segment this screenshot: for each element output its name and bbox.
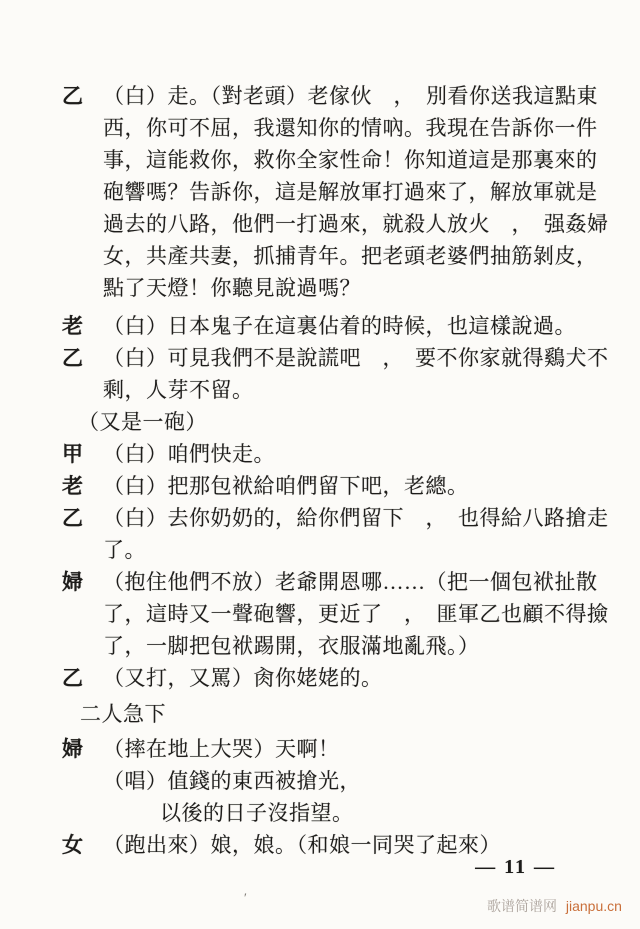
dialogue-text: 了，一脚把包袱踢開，衣服滿地亂飛。） (103, 634, 480, 658)
script-line: 乙 （白）可見我們不是說謊吧 ， 要不你家就得鷄犬不 (0, 342, 640, 374)
speaker-label: 女 (62, 829, 83, 861)
script-line: 乙 （白）走。（對老頭）老傢伙 ， 別看你送我這點東 (0, 80, 640, 112)
script-line: 乙 （又打，又罵）肏你姥姥的。 (0, 662, 640, 694)
dialogue-text: 事，這能救你，救你全家性命！你知道這是那裏來的 (103, 148, 598, 172)
script-line: 了，一脚把包袱踢開，衣服滿地亂飛。） (0, 630, 640, 662)
script-line: 以後的日子沒指望。 (0, 797, 640, 829)
script-line: 老 （白）把那包袱給咱們留下吧，老總。 (0, 470, 640, 502)
dialogue-text: 過去的八路，他們一打過來，就殺人放火 ， 强姦婦 (103, 212, 609, 236)
script-line: 了。 (0, 534, 640, 566)
speaker-label: 甲 (62, 438, 83, 470)
dialogue-text: 了，這時又一聲砲響，更近了 ， 匪軍乙也顧不得撿 (103, 602, 609, 626)
speaker-label: 婦 (62, 566, 83, 598)
script-line: 乙 （白）去你奶奶的，給你們留下 ， 也得給八路搶走 (0, 502, 640, 534)
stage-direction-text: （又是一砲） (78, 410, 207, 434)
dialogue-text: 女，共產共妻，抓捕青年。把老頭老婆們抽筋剝皮， (103, 244, 598, 268)
dialogue-text: 剩，人芽不留。 (103, 378, 254, 402)
watermark-site-name: 歌谱简谱网 (487, 898, 557, 914)
dialogue-text: （抱住他們不放）老爺開恩哪……（把一個包袱扯散 (103, 570, 598, 594)
speaker-label: 老 (62, 310, 83, 342)
dialogue-text: （跑出來）娘，娘。（和娘一同哭了起來） (103, 833, 501, 857)
dialogue-text: （白）走。（對老頭）老傢伙 ， 別看你送我這點東 (103, 84, 598, 108)
dialogue-text: （摔在地上大哭）天啊！ (103, 737, 340, 761)
stage-direction-text: 二人急下 (80, 702, 166, 726)
speaker-label: 乙 (62, 80, 83, 112)
page-number: — 11 — (475, 856, 556, 879)
script-line: 剩，人芽不留。 (0, 374, 640, 406)
dialogue-text: （白）可見我們不是說謊吧 ， 要不你家就得鷄犬不 (103, 346, 609, 370)
dialogue-text: 了。 (103, 538, 146, 562)
script-line: 女，共產共妻，抓捕青年。把老頭老婆們抽筋剝皮， (0, 240, 640, 272)
dialogue-text: 砲響嗎？告訴你，這是解放軍打過來了，解放軍就是 (103, 180, 598, 204)
script-line: （唱）值錢的東西被搶光， (0, 765, 640, 797)
speaker-label: 老 (62, 470, 83, 502)
dialogue-text: （白）把那包袱給咱們留下吧，老總。 (103, 474, 469, 498)
sung-line-text: 以後的日子沒指望。 (160, 801, 354, 825)
speaker-label: 乙 (62, 662, 83, 694)
script-line: 了，這時又一聲砲響，更近了 ， 匪軍乙也顧不得撿 (0, 598, 640, 630)
watermark-site-url: jianpu.cn (566, 898, 622, 914)
dialogue-text: （白）去你奶奶的，給你們留下 ， 也得給八路搶走 (103, 506, 609, 530)
script-line: 老 （白）日本鬼子在這裏佔着的時候，也這樣說過。 (0, 310, 640, 342)
stage-direction: 二人急下 (0, 698, 640, 730)
speaker-label: 乙 (62, 502, 83, 534)
scan-artifact-mark: ′ (244, 890, 247, 906)
stage-direction: （又是一砲） (0, 406, 640, 438)
dialogue-text: （白）咱們快走。 (103, 442, 275, 466)
script-line: 婦 （摔在地上大哭）天啊！ (0, 733, 640, 765)
scanned-script-page: 乙 （白）走。（對老頭）老傢伙 ， 別看你送我這點東 西，你可不屈，我還知你的情… (0, 0, 640, 929)
dialogue-text: 西，你可不屈，我還知你的情吶。我現在告訴你一件 (103, 116, 598, 140)
dialogue-text: （又打，又罵）肏你姥姥的。 (103, 666, 383, 690)
dialogue-text: （白）日本鬼子在這裏佔着的時候，也這樣說過。 (103, 314, 576, 338)
script-line: 事，這能救你，救你全家性命！你知道這是那裏來的 (0, 144, 640, 176)
script-line: 過去的八路，他們一打過來，就殺人放火 ， 强姦婦 (0, 208, 640, 240)
script-line: 婦 （抱住他們不放）老爺開恩哪……（把一個包袱扯散 (0, 566, 640, 598)
watermark: 歌谱简谱网 jianpu.cn (487, 896, 622, 916)
script-line: 砲響嗎？告訴你，這是解放軍打過來了，解放軍就是 (0, 176, 640, 208)
script-line: 甲 （白）咱們快走。 (0, 438, 640, 470)
speaker-label: 婦 (62, 733, 83, 765)
script-line: 點了天燈！你聽見說過嗎？ (0, 272, 640, 304)
speaker-label: 乙 (62, 342, 83, 374)
sung-line-text: （唱）值錢的東西被搶光， (103, 769, 361, 793)
script-line: 西，你可不屈，我還知你的情吶。我現在告訴你一件 (0, 112, 640, 144)
script-text-block: 乙 （白）走。（對老頭）老傢伙 ， 別看你送我這點東 西，你可不屈，我還知你的情… (0, 80, 640, 861)
dialogue-text: 點了天燈！你聽見說過嗎？ (103, 276, 361, 300)
